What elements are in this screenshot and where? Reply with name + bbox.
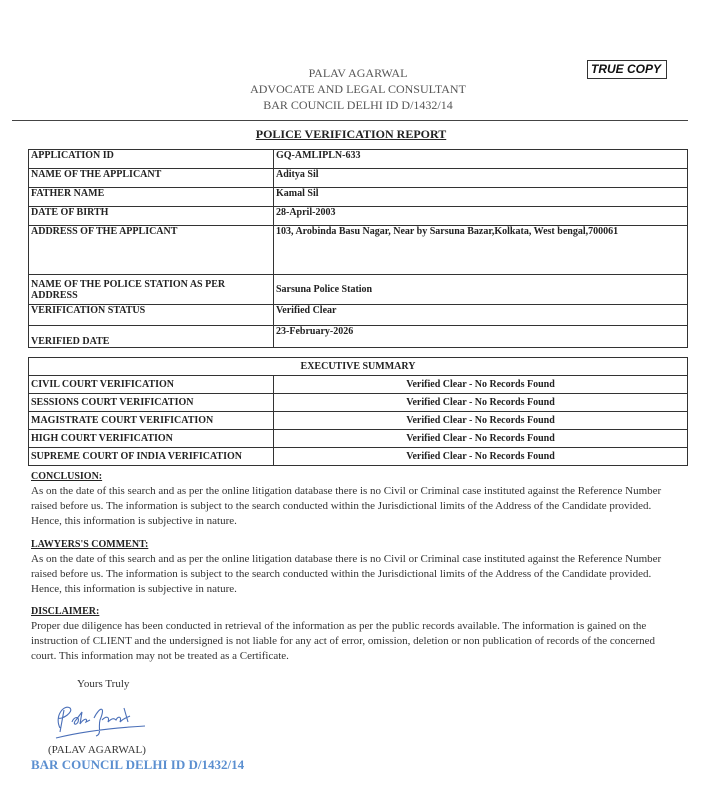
conclusion-label: CONCLUSION:: [31, 469, 681, 484]
detail-value: Verified Clear: [274, 305, 688, 326]
signatory-bar-id: BAR COUNCIL DELHI ID D/1432/14: [31, 757, 244, 773]
table-header-row: EXECUTIVE SUMMARY: [29, 358, 688, 376]
court-status: Verified Clear - No Records Found: [274, 448, 688, 466]
detail-label: ADDRESS OF THE APPLICANT: [29, 226, 274, 275]
table-row: FATHER NAMEKamal Sil: [29, 188, 688, 207]
signature-image: [50, 698, 150, 740]
court-status: Verified Clear - No Records Found: [274, 376, 688, 394]
table-row: MAGISTRATE COURT VERIFICATIONVerified Cl…: [29, 412, 688, 430]
table-row: SESSIONS COURT VERIFICATIONVerified Clea…: [29, 394, 688, 412]
table-row: APPLICATION IDGQ-AMLIPLN-633: [29, 150, 688, 169]
court-status: Verified Clear - No Records Found: [274, 394, 688, 412]
closing-text: Yours Truly: [77, 678, 129, 690]
table-row: CIVIL COURT VERIFICATIONVerified Clear -…: [29, 376, 688, 394]
advocate-bar-id: BAR COUNCIL DELHI ID D/1432/14: [0, 97, 702, 113]
detail-value: GQ-AMLIPLN-633: [274, 150, 688, 169]
disclaimer-label: DISCLAIMER:: [31, 604, 681, 619]
conclusion-section: CONCLUSION: As on the date of this searc…: [31, 469, 681, 529]
table-row: HIGH COURT VERIFICATIONVerified Clear - …: [29, 430, 688, 448]
true-copy-stamp: TRUE COPY: [587, 60, 667, 79]
detail-label: APPLICATION ID: [29, 150, 274, 169]
court-label: SESSIONS COURT VERIFICATION: [29, 394, 274, 412]
detail-label: VERIFIED DATE: [29, 326, 274, 348]
conclusion-text: As on the date of this search and as per…: [31, 485, 661, 527]
table-row: NAME OF THE APPLICANTAditya Sil: [29, 169, 688, 188]
table-row: NAME OF THE POLICE STATION AS PER ADDRES…: [29, 275, 688, 305]
details-table: APPLICATION IDGQ-AMLIPLN-633 NAME OF THE…: [28, 149, 688, 348]
court-label: CIVIL COURT VERIFICATION: [29, 376, 274, 394]
lawyers-comment-label: LAWYERS'S COMMENT:: [31, 537, 681, 552]
court-status: Verified Clear - No Records Found: [274, 412, 688, 430]
detail-label: FATHER NAME: [29, 188, 274, 207]
court-label: MAGISTRATE COURT VERIFICATION: [29, 412, 274, 430]
detail-label: VERIFICATION STATUS: [29, 305, 274, 326]
detail-value: 23-February-2026: [274, 326, 688, 348]
lawyers-comment-text: As on the date of this search and as per…: [31, 553, 661, 595]
report-title: POLICE VERIFICATION REPORT: [0, 127, 702, 142]
detail-value: Aditya Sil: [274, 169, 688, 188]
executive-summary-table: EXECUTIVE SUMMARY CIVIL COURT VERIFICATI…: [28, 357, 688, 466]
court-status: Verified Clear - No Records Found: [274, 430, 688, 448]
detail-label: NAME OF THE APPLICANT: [29, 169, 274, 188]
lawyers-comment-section: LAWYERS'S COMMENT: As on the date of thi…: [31, 537, 681, 597]
detail-value: 103, Arobinda Basu Nagar, Near by Sarsun…: [274, 226, 688, 275]
table-row: DATE OF BIRTH28-April-2003: [29, 207, 688, 226]
table-row: VERIFICATION STATUSVerified Clear: [29, 305, 688, 326]
detail-value: Sarsuna Police Station: [274, 275, 688, 305]
table-row: VERIFIED DATE23-February-2026: [29, 326, 688, 348]
court-label: HIGH COURT VERIFICATION: [29, 430, 274, 448]
executive-summary-heading: EXECUTIVE SUMMARY: [29, 358, 688, 376]
header-divider: [12, 120, 688, 121]
detail-label: NAME OF THE POLICE STATION AS PER ADDRES…: [29, 275, 274, 305]
court-label: SUPREME COURT OF INDIA VERIFICATION: [29, 448, 274, 466]
disclaimer-section: DISCLAIMER: Proper due diligence has bee…: [31, 604, 681, 664]
disclaimer-text: Proper due diligence has been conducted …: [31, 620, 655, 662]
detail-value: 28-April-2003: [274, 207, 688, 226]
table-row: SUPREME COURT OF INDIA VERIFICATIONVerif…: [29, 448, 688, 466]
detail-value: Kamal Sil: [274, 188, 688, 207]
detail-label: DATE OF BIRTH: [29, 207, 274, 226]
table-row: ADDRESS OF THE APPLICANT103, Arobinda Ba…: [29, 226, 688, 275]
advocate-designation: ADVOCATE AND LEGAL CONSULTANT: [0, 81, 702, 97]
signatory-name: (PALAV AGARWAL): [48, 744, 146, 756]
